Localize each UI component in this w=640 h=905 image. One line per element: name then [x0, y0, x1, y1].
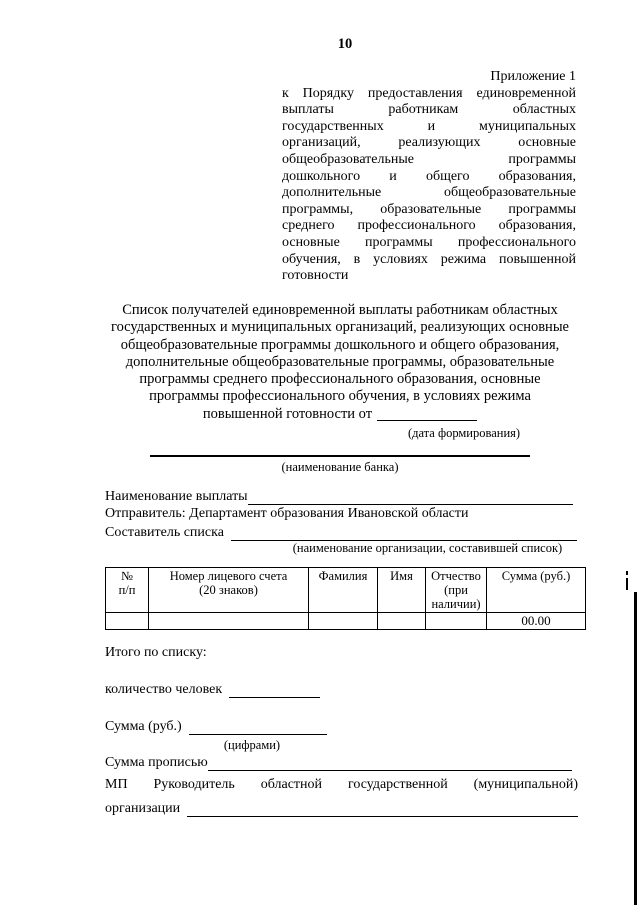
- appendix-line: обучения, в условиях режима повышенной: [282, 252, 576, 269]
- cell-account: [149, 613, 309, 630]
- appendix-line: организаций, реализующих основные: [282, 135, 576, 152]
- organization-blank: [187, 799, 578, 817]
- scan-artifact-line: [634, 592, 637, 905]
- list-title-line: программы профессионального обучения, в …: [90, 388, 590, 405]
- appendix-line: Приложение 1: [282, 69, 576, 86]
- list-title-line: программы среднего профессионального обр…: [90, 371, 590, 388]
- list-title-line: повышенной готовности от: [203, 406, 372, 422]
- list-title-line: государственных и муниципальных организа…: [90, 319, 590, 336]
- totals-heading: Итого по списку:: [105, 645, 207, 661]
- cell-patronymic: [426, 613, 487, 630]
- appendix-line: общеобразовательные программы: [282, 152, 576, 169]
- field-payment-name: Наименование выплаты: [105, 487, 573, 505]
- field-list-compiler: Составитель списка: [105, 523, 577, 541]
- list-title-line: дополнительные общеобразовательные прогр…: [90, 354, 590, 371]
- cell-surname: [309, 613, 378, 630]
- field-people-count: количество человек: [105, 680, 320, 698]
- list-compiler-label: Составитель списка: [105, 525, 224, 541]
- field-sum-words: Сумма прописью: [105, 753, 572, 771]
- payment-name-blank: [248, 487, 573, 505]
- sender-line: Отправитель: Департамент образования Ива…: [105, 506, 469, 522]
- col-header-name: Имя: [378, 568, 426, 613]
- cell-number: [106, 613, 149, 630]
- list-title-line: общеобразовательные программы дошкольног…: [90, 337, 590, 354]
- list-compiler-blank: [231, 523, 577, 541]
- appendix-line: государственных и муниципальных: [282, 119, 576, 136]
- signature-title-line: МП Руководитель областной государственно…: [105, 777, 578, 793]
- appendix-line: выплаты работникам областных: [282, 102, 576, 119]
- list-title-last-line: повышенной готовности от: [90, 406, 590, 423]
- appendix-line: программы, образовательные программы: [282, 202, 576, 219]
- compiler-caption: (наименование организации, составившей с…: [285, 541, 570, 556]
- appendix-header: Приложение 1 к Порядку предоставления ед…: [282, 69, 576, 285]
- col-header-sum: Сумма (руб.): [487, 568, 586, 613]
- table-row: 00.00: [106, 613, 586, 630]
- scan-artifact-dash: [626, 578, 628, 590]
- field-sum-digits: Сумма (руб.): [105, 717, 327, 735]
- appendix-line: дополнительные общеобразовательные: [282, 185, 576, 202]
- bank-blank-line: [150, 455, 530, 457]
- people-count-blank: [229, 680, 320, 698]
- appendix-line: основные программы профессионального: [282, 235, 576, 252]
- people-count-label: количество человек: [105, 682, 222, 698]
- digits-caption: (цифрами): [177, 738, 327, 753]
- appendix-line: дошкольного и общего образования,: [282, 169, 576, 186]
- col-header-patronymic: Отчество (при наличии): [426, 568, 487, 613]
- page-number: 10: [300, 36, 390, 53]
- organization-label: организации: [105, 801, 180, 817]
- recipients-table: № п/п Номер лицевого счета (20 знаков) Ф…: [105, 567, 586, 630]
- scan-artifact-dot: [626, 571, 628, 575]
- cell-sum: 00.00: [487, 613, 586, 630]
- document-page: 10 Приложение 1 к Порядку предоставления…: [0, 0, 640, 905]
- sum-digits-blank: [189, 717, 327, 735]
- sum-words-label: Сумма прописью: [105, 755, 208, 771]
- field-organization: организации: [105, 799, 578, 817]
- col-header-number: № п/п: [106, 568, 149, 613]
- payment-name-label: Наименование выплаты: [105, 489, 248, 505]
- appendix-line: среднего профессионального образования,: [282, 218, 576, 235]
- date-caption: (дата формирования): [406, 426, 522, 441]
- list-title-line: Список получателей единовременной выплат…: [90, 302, 590, 319]
- col-header-surname: Фамилия: [309, 568, 378, 613]
- table-header-row: № п/п Номер лицевого счета (20 знаков) Ф…: [106, 568, 586, 613]
- appendix-line: готовности: [282, 268, 576, 285]
- sum-digits-label: Сумма (руб.): [105, 719, 182, 735]
- col-header-account: Номер лицевого счета (20 знаков): [149, 568, 309, 613]
- bank-caption: (наименование банка): [90, 460, 590, 475]
- sum-words-blank: [208, 753, 572, 771]
- cell-name: [378, 613, 426, 630]
- appendix-line: к Порядку предоставления единовременной: [282, 86, 576, 103]
- list-title: Список получателей единовременной выплат…: [90, 302, 590, 423]
- date-blank: [377, 407, 477, 421]
